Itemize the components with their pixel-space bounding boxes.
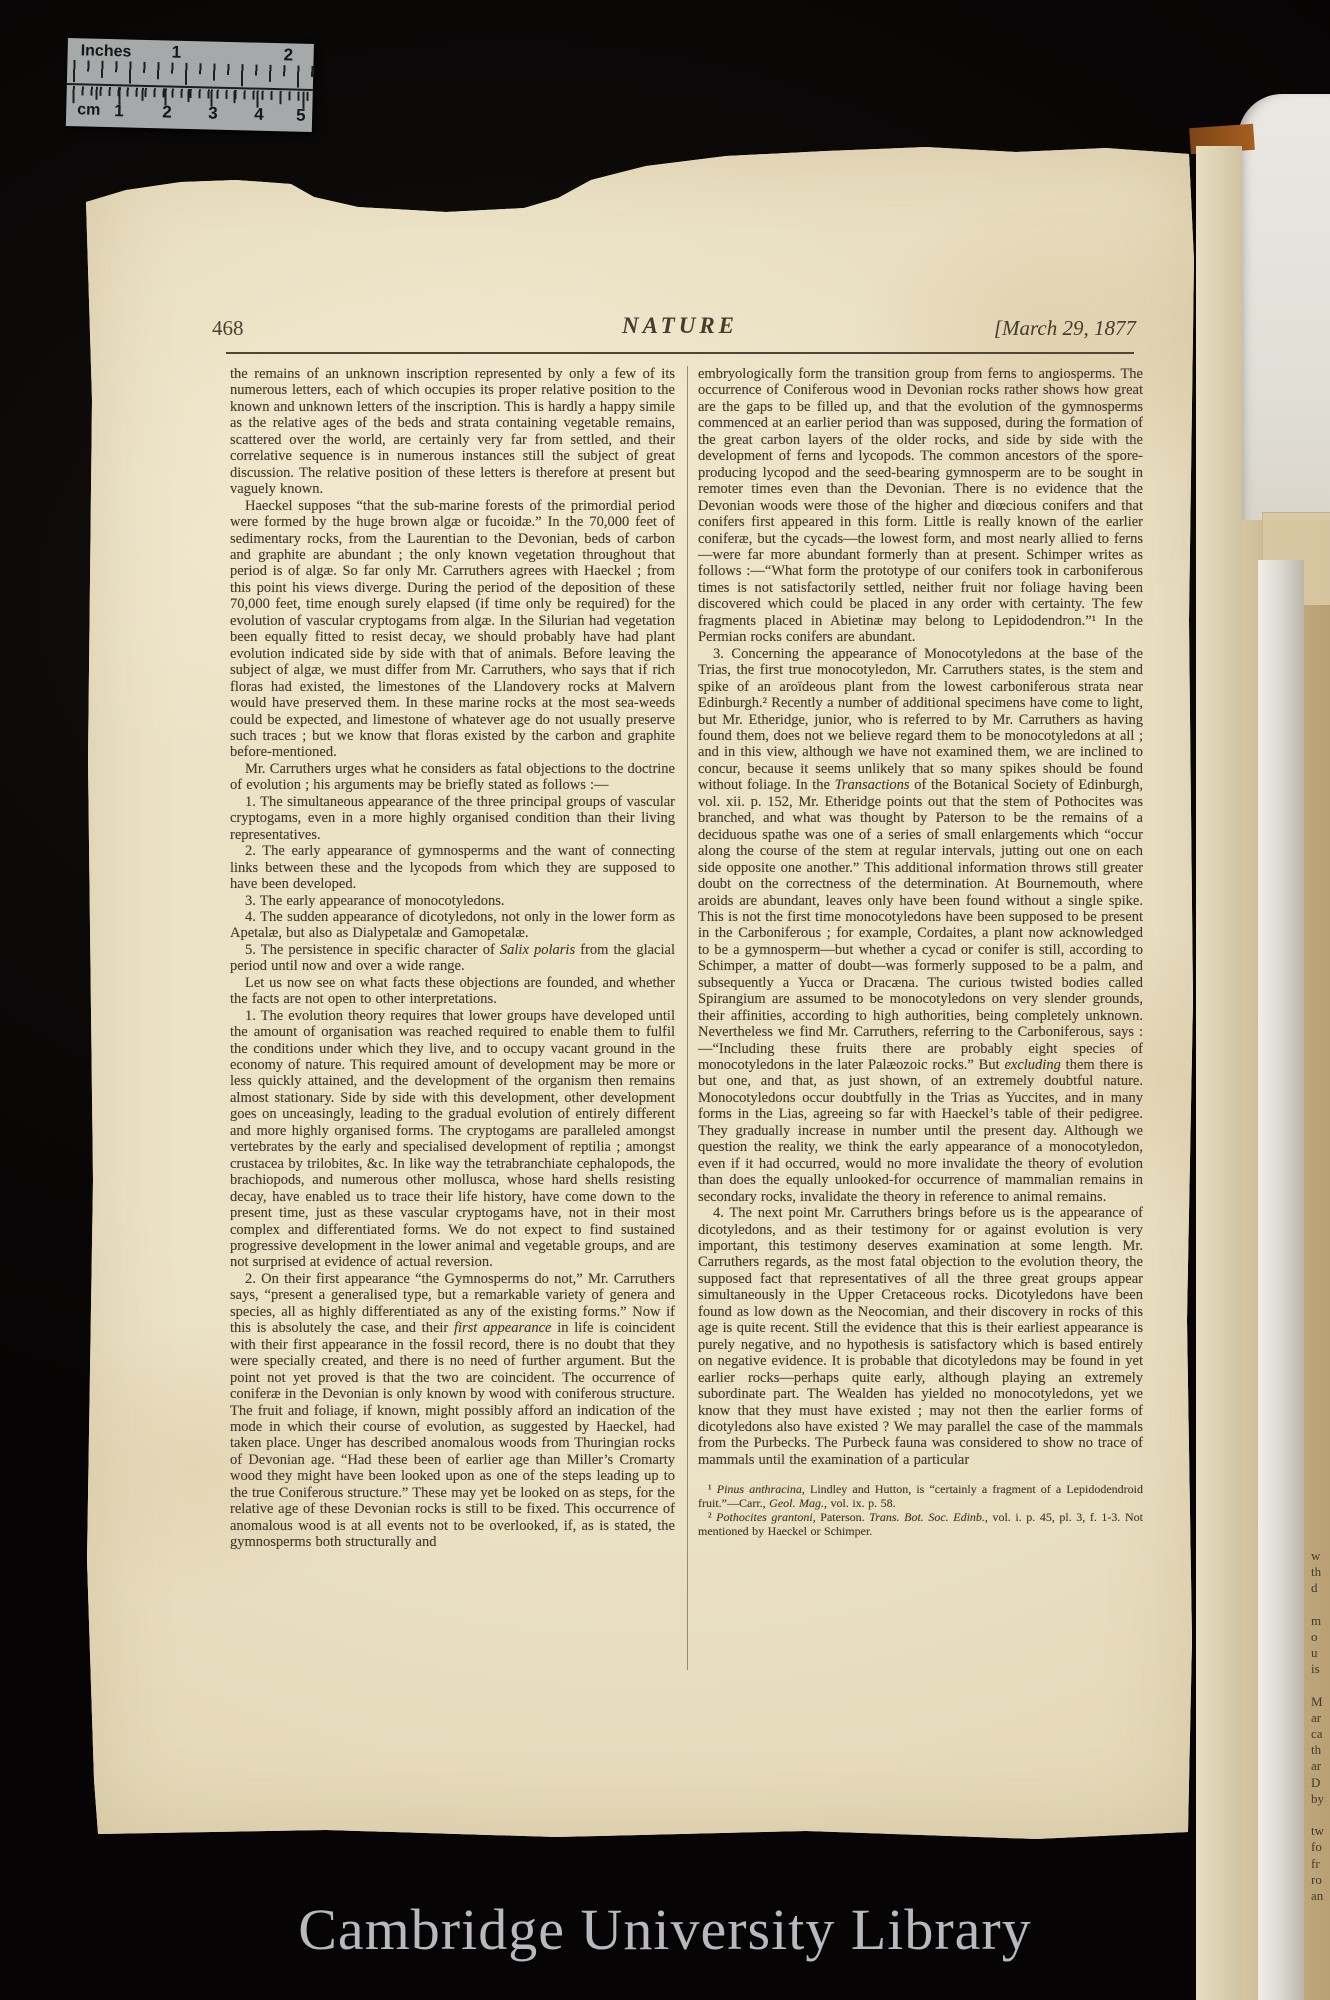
next-page-text-fragment: ca: [1311, 1726, 1330, 1742]
paragraph: 5. The persistence in specific character…: [230, 942, 675, 975]
next-page-text-fragment: [1311, 1597, 1330, 1613]
next-page-text-fragment: ar: [1311, 1758, 1330, 1774]
ruler-cm-number-1: 1: [114, 101, 124, 121]
next-page-text-fragment: fr: [1311, 1856, 1330, 1872]
next-page-text-fragment: th: [1311, 1564, 1330, 1580]
next-page-text-fragment: u: [1311, 1645, 1330, 1661]
ruler-cm-number-5: 5: [296, 106, 306, 126]
paragraph: embryologically form the transition grou…: [698, 366, 1143, 646]
ruler-cm-number-3: 3: [208, 103, 218, 123]
page-edge-strip: [1196, 146, 1242, 2000]
next-page-text-fragment: d: [1311, 1580, 1330, 1596]
paragraph: the remains of an unknown inscription re…: [230, 366, 675, 498]
column-divider: [687, 366, 688, 1670]
photograph-background: Inches 1 2 cm 1 2 3 4 5 wthdmouisMarcath…: [0, 0, 1330, 2000]
ruler-cm-label: cm: [77, 101, 101, 120]
next-page-text-fragment: m: [1311, 1613, 1330, 1629]
next-page-text-fragment: o: [1311, 1629, 1330, 1645]
header-rule: [226, 352, 1134, 354]
paragraph: Mr. Carruthers urges what he considers a…: [230, 761, 675, 794]
ruler-inch-number-1: 1: [171, 43, 181, 63]
next-page-text-fragment: tw: [1311, 1823, 1330, 1839]
issue-date: [March 29, 1877: [994, 316, 1136, 341]
ruler-inch-number-2: 2: [283, 45, 293, 65]
paragraph: 1. The simultaneous appearance of the th…: [230, 794, 675, 843]
next-page-text-fragment: ro: [1311, 1872, 1330, 1888]
scanned-page: 468 NATURE [March 29, 1877 the remains o…: [86, 140, 1194, 1840]
paragraph: 3. The early appearance of monocotyledon…: [230, 893, 675, 909]
ruler-cm-number-4: 4: [254, 105, 264, 125]
paragraph: 2. On their first appearance “the Gymnos…: [230, 1271, 675, 1551]
paragraph: 3. Concerning the appearance of Monocoty…: [698, 646, 1143, 1205]
library-watermark: Cambridge University Library: [0, 1896, 1330, 1963]
next-page-text-fragment: is: [1311, 1661, 1330, 1677]
measurement-ruler: Inches 1 2 cm 1 2 3 4 5: [66, 38, 314, 132]
next-page-text-fragment: fo: [1311, 1839, 1330, 1855]
next-page-text-fragment: D: [1311, 1775, 1330, 1791]
next-page-text-fragment: w: [1311, 1548, 1330, 1564]
next-page-text-fragment: [1311, 1807, 1330, 1823]
left-column: the remains of an unknown inscription re…: [230, 366, 675, 1551]
next-page-text-fragment: M: [1311, 1694, 1330, 1710]
next-page-text-fragment: by: [1311, 1791, 1330, 1807]
paragraph: Let us now see on what facts these objec…: [230, 975, 675, 1008]
next-page-curved-edge: [1238, 94, 1330, 564]
paragraph: Haeckel supposes “that the sub-marine fo…: [230, 498, 675, 761]
next-page-text-fragment: th: [1311, 1742, 1330, 1758]
paragraph: 1. The evolution theory requires that lo…: [230, 1008, 675, 1271]
paragraph: 4. The next point Mr. Carruthers brings …: [698, 1205, 1143, 1468]
right-column: embryologically form the transition grou…: [698, 366, 1143, 1539]
ruler-cm-number-2: 2: [162, 102, 172, 122]
paragraph: 4. The sudden appearance of dicotyledons…: [230, 909, 675, 942]
footnotes: ¹ Pinus anthracina, Lindley and Hutton, …: [698, 1483, 1143, 1539]
next-page-text-fragments: wthdmouisMarcatharDbytwfofrroan: [1311, 1548, 1330, 1904]
next-page-text-fragment: [1311, 1678, 1330, 1694]
next-page-text-fragment: ar: [1311, 1710, 1330, 1726]
footnote: ² Pothocites grantoni, Paterson. Trans. …: [698, 1511, 1143, 1539]
paragraph: 2. The early appearance of gymnosperms a…: [230, 843, 675, 892]
footnote: ¹ Pinus anthracina, Lindley and Hutton, …: [698, 1483, 1143, 1511]
fore-edge-strip: [1258, 560, 1304, 2000]
right-column-text: embryologically form the transition grou…: [698, 366, 1143, 1468]
ruler-inches-label: Inches: [80, 42, 131, 61]
